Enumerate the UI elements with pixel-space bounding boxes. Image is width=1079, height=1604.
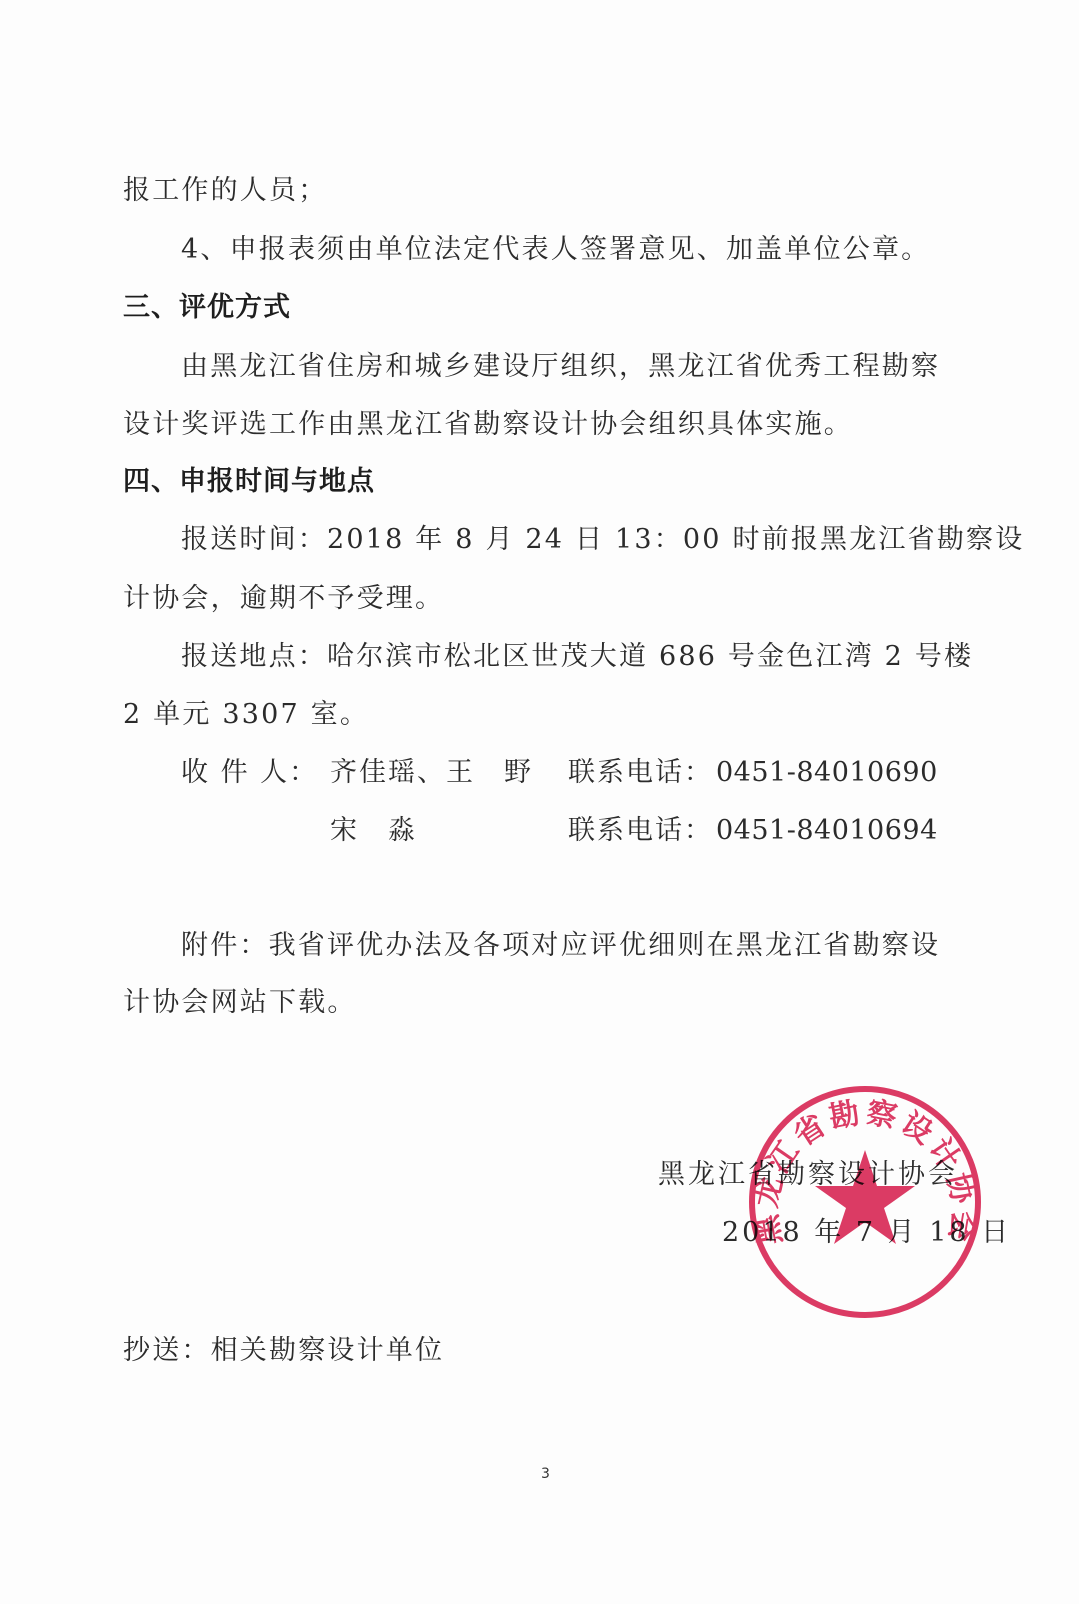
paragraph-item-4: 4、申报表须由单位法定代表人签署意见、加盖单位公章。 <box>181 233 1021 267</box>
section-heading-time-location: 四、申报时间与地点 <box>123 465 963 499</box>
attachment-line2: 计协会网站下载。 <box>123 986 963 1020</box>
contact-phone-label-2: 联系电话： <box>568 814 713 848</box>
official-seal-icon: 黑龙江省勘察设计协会 <box>745 1082 985 1322</box>
section-heading-evaluation-method: 三、评优方式 <box>123 291 963 325</box>
contact-phone-2: 0451-84010694 <box>716 814 938 848</box>
contact-names-2: 宋 淼 <box>330 814 417 848</box>
paragraph-continuation: 报工作的人员； <box>123 174 963 208</box>
page-number: 3 <box>541 1466 550 1482</box>
paragraph-evaluation-line2: 设计奖评选工作由黑龙江省勘察设计协会组织具体实施。 <box>123 408 963 442</box>
attachment-line1: 附件：我省评优办法及各项对应评优细则在黑龙江省勘察设 <box>181 929 1021 963</box>
cc-recipients: 抄送：相关勘察设计单位 <box>123 1334 963 1368</box>
contact-names-1: 齐佳瑶、王 野 <box>330 756 533 790</box>
paragraph-submission-address-line2: 2 单元 3307 室。 <box>123 698 963 732</box>
document-page: 报工作的人员； 4、申报表须由单位法定代表人签署意见、加盖单位公章。 三、评优方… <box>0 0 1079 1604</box>
contacts-label: 收 件 人： <box>181 756 318 790</box>
contact-phone-1: 0451-84010690 <box>716 756 938 790</box>
contact-phone-label-1: 联系电话： <box>568 756 713 790</box>
paragraph-submission-time-line1: 报送时间：2018 年 8 月 24 日 13：00 时前报黑龙江省勘察设 <box>181 523 1021 557</box>
paragraph-submission-time-line2: 计协会，逾期不予受理。 <box>123 582 963 616</box>
paragraph-evaluation-line1: 由黑龙江省住房和城乡建设厅组织，黑龙江省优秀工程勘察 <box>181 350 1021 384</box>
paragraph-submission-address-line1: 报送地点：哈尔滨市松北区世茂大道 686 号金色江湾 2 号楼 <box>181 640 1021 674</box>
